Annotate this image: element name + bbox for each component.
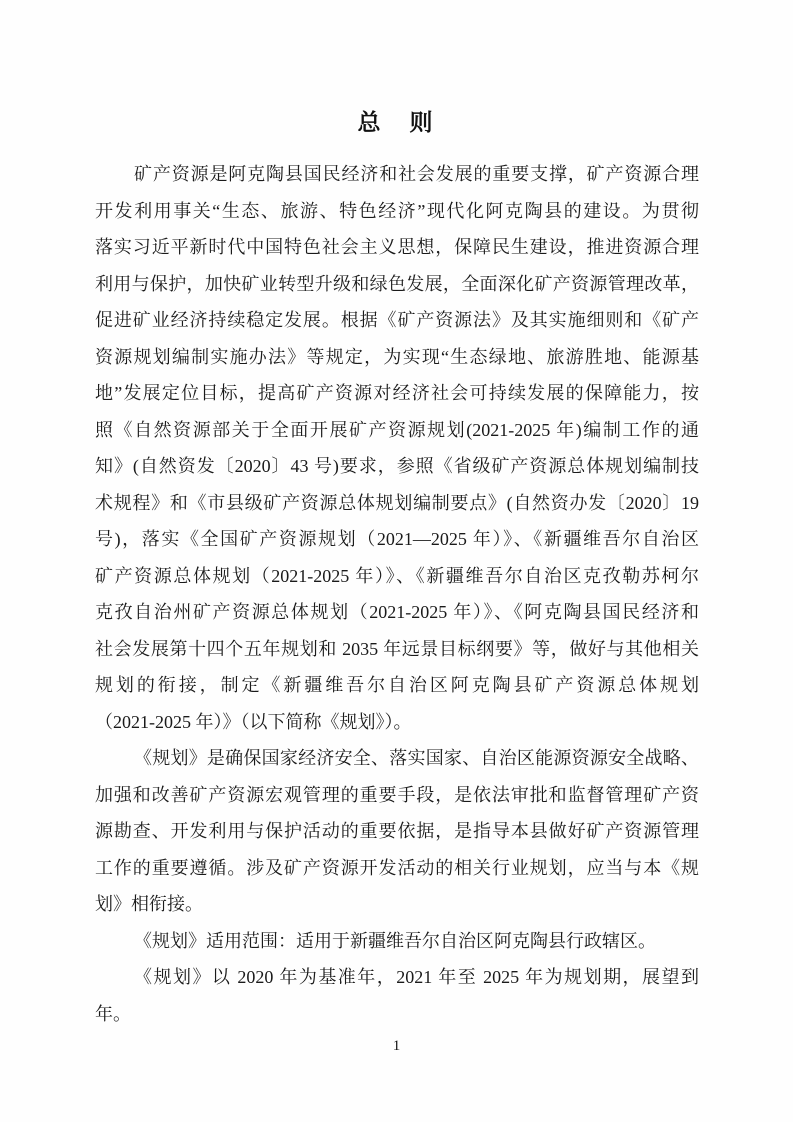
text-line: 源勘查、开发利用与保护活动的重要依据，是指导本县做好矿产资源管理 [95,813,699,850]
text-line: 克孜自治州矿产资源总体规划（2021-2025 年）》、《阿克陶县国民经济和 [95,594,699,631]
paragraph: 《规划》是确保国家经济安全、落实国家、自治区能源资源安全战略、 加强和改善矿产资… [95,740,699,923]
text-line: 《规划》适用范围：适用于新疆维吾尔自治区阿克陶县行政辖区。 [95,923,699,960]
text-line: 矿产资源是阿克陶县国民经济和社会发展的重要支撑，矿产资源合理 [95,156,699,193]
text-line: 知》(自然资发〔2020〕43 号)要求，参照《省级矿产资源总体规划编制技 [95,448,699,485]
text-line: 地”发展定位目标，提高矿产资源对经济社会可持续发展的保障能力，按 [95,375,699,412]
text-line: 加强和改善矿产资源宏观管理的重要手段，是依法审批和监督管理矿产资 [95,777,699,814]
text-line: 促进矿业经济持续稳定发展。根据《矿产资源法》及其实施细则和《矿产 [95,302,699,339]
page-title: 总 则 [0,104,793,137]
text-line: 社会发展第十四个五年规划和 2035 年远景目标纲要》等，做好与其他相关 [95,631,699,668]
text-line: 照《自然资源部关于全面开展矿产资源规划(2021-2025 年)编制工作的通 [95,412,699,449]
text-line: 年。 [95,996,699,1033]
text-line: 《规划》是确保国家经济安全、落实国家、自治区能源资源安全战略、 [95,740,699,777]
text-line: 术规程》和《市县级矿产资源总体规划编制要点》(自然资办发〔2020〕19 [95,485,699,522]
text-line: 号)，落实《全国矿产资源规划（2021—2025 年）》、《新疆维吾尔自治区 [95,521,699,558]
text-line: 划》相衔接。 [95,886,699,923]
paragraph: 《规划》以 2020 年为基准年，2021 年至 2025 年为规划期，展望到 … [95,959,699,1032]
text-line: 落实习近平新时代中国特色社会主义思想，保障民生建设，推进资源合理 [95,229,699,266]
paragraph: 《规划》适用范围：适用于新疆维吾尔自治区阿克陶县行政辖区。 [95,923,699,960]
text-line: 《规划》以 2020 年为基准年，2021 年至 2025 年为规划期，展望到 … [95,959,699,996]
text-line: 开发利用事关“生态、旅游、特色经济”现代化阿克陶县的建设。为贯彻 [95,193,699,230]
document-body: 矿产资源是阿克陶县国民经济和社会发展的重要支撑，矿产资源合理 开发利用事关“生态… [95,156,699,1032]
text-line: 资源规划编制实施办法》等规定，为实现“生态绿地、旅游胜地、能源基 [95,339,699,376]
text-line: 规划的衔接，制定《新疆维吾尔自治区阿克陶县矿产资源总体规划 [95,667,699,704]
text-line: 工作的重要遵循。涉及矿产资源开发活动的相关行业规划，应当与本《规 [95,850,699,887]
text-line: 利用与保护，加快矿业转型升级和绿色发展，全面深化矿产资源管理改革， [95,266,699,303]
paragraph: 矿产资源是阿克陶县国民经济和社会发展的重要支撑，矿产资源合理 开发利用事关“生态… [95,156,699,740]
text-line: 矿产资源总体规划（2021-2025 年）》、《新疆维吾尔自治区克孜勒苏柯尔 [95,558,699,595]
page-number: 1 [0,1038,793,1055]
text-line: （2021-2025 年）》（以下简称《规划》）。 [95,704,699,741]
document-page: 总 则 矿产资源是阿克陶县国民经济和社会发展的重要支撑，矿产资源合理 开发利用事… [0,0,793,1122]
